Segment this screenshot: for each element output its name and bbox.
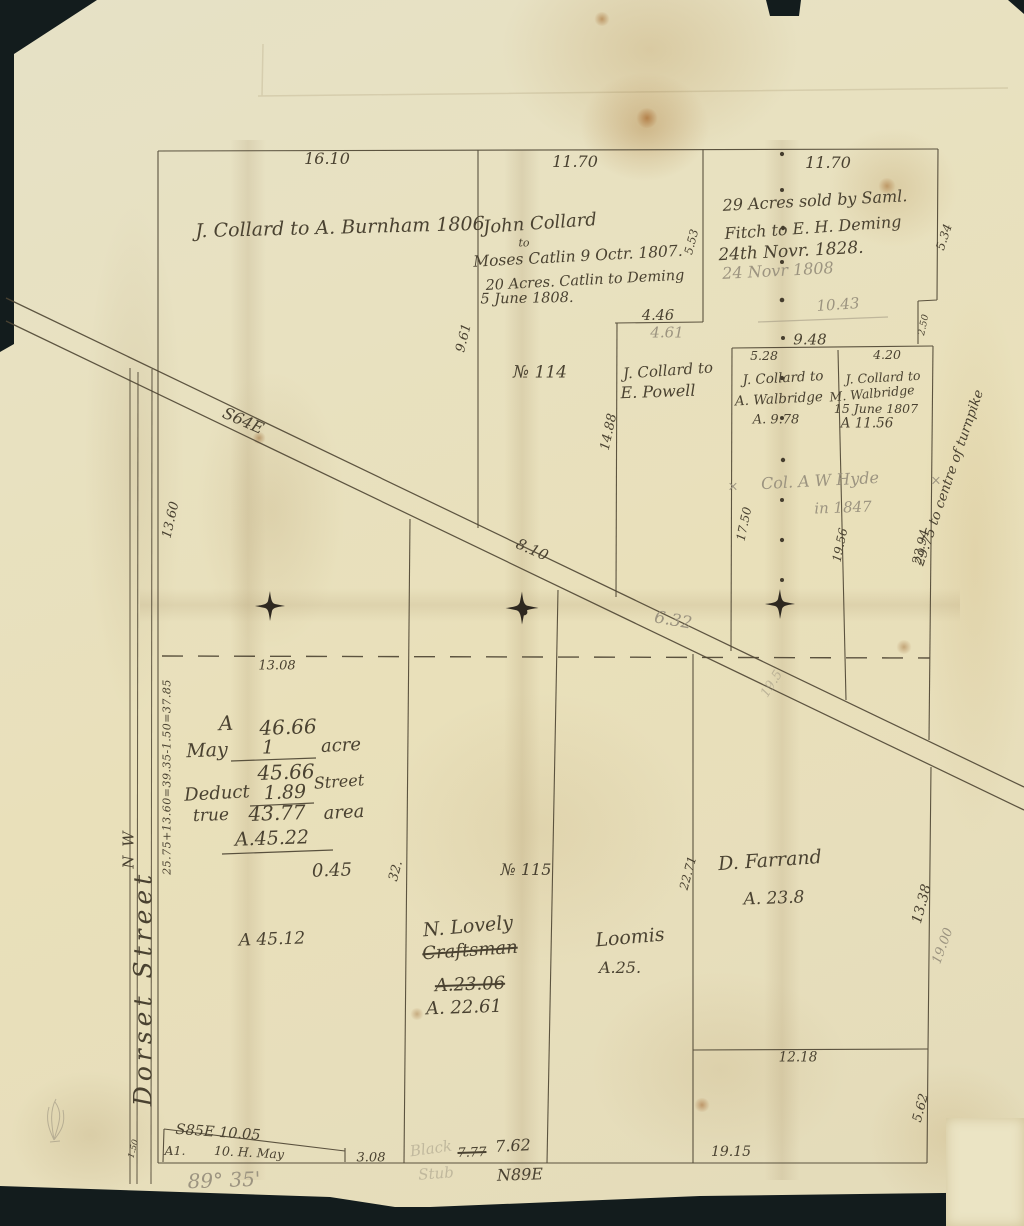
measurement-bottom-east: 19.15 [711, 1145, 751, 1159]
pencil-note-2: Stub [418, 1165, 455, 1182]
measurement-top-mid: 11.70 [552, 154, 598, 170]
parcel-catlin-line2: to [518, 238, 529, 249]
measurement-top-west: 16.10 [304, 151, 350, 167]
line-powell-west [616, 323, 617, 597]
tree-doodle [48, 1099, 64, 1142]
parcel-loomis-area: A.25. [599, 960, 641, 976]
measurement-farrand-bottom: 12.18 [779, 1051, 818, 1065]
street-name-label: Dorset Street [131, 870, 156, 1106]
calc-true-label: true [193, 807, 230, 825]
hyde-cross-right: × [931, 475, 942, 488]
calc-area-label: area [323, 803, 365, 823]
ghost-impression-line [258, 44, 1008, 96]
fold-dot-row [780, 152, 786, 582]
parcel-walbridge2-area: A 11.56 [841, 417, 894, 431]
calc-may-value: 1 [262, 739, 274, 758]
may-area-label: A1. [165, 1145, 186, 1158]
fold-star-mark [255, 589, 795, 625]
calc-may-label: May [186, 741, 228, 761]
pencil-bearing-note: 89° 35' [187, 1169, 260, 1192]
lot-115-number: № 115 [501, 862, 552, 878]
measurement-deming-pencil: 10.43 [816, 296, 860, 314]
line-lovely-west [404, 519, 410, 1163]
parcel-walbridge1-area: A. 9.78 [753, 414, 800, 427]
pencil-line [758, 317, 888, 322]
calc-acre-label: acre [321, 736, 362, 756]
calc-street-label: Street [313, 772, 364, 791]
measurement-bottom-west: 3.08 [357, 1152, 386, 1165]
calc-a4522: A.45.22 [235, 828, 310, 850]
measurement-bottom-mid: 7.62 [495, 1137, 531, 1155]
parcel-lovely-area: A. 22.61 [426, 998, 503, 1019]
survey-map-photo: 16.10 11.70 11.70 5.34 2.50 23.94 29.75 … [0, 0, 1024, 1226]
calc-a4512: A 45.12 [239, 930, 306, 949]
street-calc-note: 25.75+13.60=39.35-1.50=37.85 [162, 679, 173, 875]
calc-a-symbol: A [218, 713, 233, 733]
measurement-bottom-old: 7.77 [457, 1146, 486, 1160]
lot-114-number: № 114 [513, 365, 567, 382]
hyde-cross-left: × [728, 481, 739, 494]
calc-true-value: 43.77 [248, 802, 306, 824]
calc-total: 46.66 [259, 716, 317, 738]
calc-deduct-label: Deduct [184, 783, 250, 804]
calc-045: 0.45 [312, 861, 353, 880]
parcel-farrand-area: A. 23.8 [743, 889, 804, 908]
measurement-catlin-notch: 4.46 [642, 309, 674, 324]
calc-subtotal: 45.66 [257, 761, 315, 783]
measurement-top-east: 11.70 [805, 155, 851, 171]
street-compass-label: N W [122, 829, 137, 868]
bearing-bottom: N89E [497, 1166, 544, 1184]
hyde-note-line2: in 1847 [814, 500, 872, 517]
measurement-walbridge1-north: 5.28 [750, 350, 778, 363]
parcel-lovely-struck-area: A.23.06 [435, 975, 506, 995]
measurement-dashed-seg: 13.08 [258, 660, 295, 673]
parcel-powell-line2: E. Powell [620, 383, 696, 402]
measurement-walbridge2-north: 4.20 [873, 349, 901, 362]
measurement-catlin-notch-pencil: 4.61 [650, 326, 683, 341]
parcel-walbridge2-line3: 15 June 1807 [834, 403, 918, 416]
measurement-deming-south: 9.48 [793, 333, 826, 348]
line-walbridge1-west [731, 348, 732, 651]
parcel-catlin-line5: 5 June 1808. [480, 291, 573, 307]
boundary-north [158, 149, 938, 151]
